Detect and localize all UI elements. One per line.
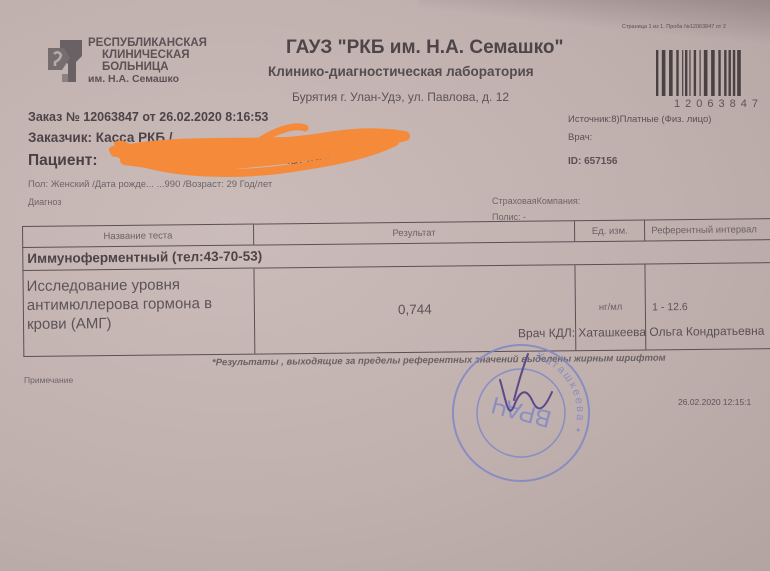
logo-line: БОЛЬНИЦА — [88, 61, 207, 73]
barcode-number: 12063847 — [674, 98, 763, 110]
hospital-logo-icon — [46, 36, 88, 86]
column-header-result: Результат — [254, 221, 576, 244]
address: Бурятия г. Улан-Удэ, ул. Павлова, д. 12 — [292, 90, 509, 104]
print-timestamp: 26.02.2020 12:15:1 — [678, 397, 751, 407]
column-header-reference: Референтный интервал — [645, 219, 770, 240]
diagnosis-label: Диагноз — [28, 197, 61, 207]
test-group-title: Иммуноферментный (тел:43-70-53) — [23, 245, 262, 269]
table-row: Исследование уровня антимюллерова гормон… — [22, 263, 770, 357]
logo-line: РЕСПУБЛИКАНСКАЯ — [88, 37, 207, 49]
hospital-logo-text: РЕСПУБЛИКАНСКАЯ КЛИНИЧЕСКАЯ БОЛЬНИЦА им.… — [88, 37, 207, 85]
barcode — [654, 50, 770, 96]
logo-line: им. Н.А. Семашко — [88, 73, 207, 85]
lab-doctor: Врач КДЛ: Хаташкеева Ольга Кондратьевна — [518, 324, 765, 341]
redaction-scribble — [105, 122, 415, 184]
payment-source: Источник:8)Платные (Физ. лицо) — [568, 114, 711, 125]
logo-line: КЛИНИЧЕСКАЯ — [88, 49, 207, 61]
laboratory-title: Клинико-диагностическая лаборатория — [268, 64, 534, 79]
doctor-label: Врач: — [568, 132, 592, 143]
page-info: Страница 1 из 1. Проба №12063847 от 2 — [622, 24, 726, 30]
column-header-test-name: Название теста — [23, 225, 254, 247]
doctor-stamp-icon: ВРАЧ Хаташкеева • — [448, 340, 594, 486]
svg-text:ВРАЧ: ВРАЧ — [489, 391, 554, 433]
organization-title: ГАУЗ "РКБ им. Н.А. Семашко" — [286, 37, 563, 59]
test-name: Исследование уровня антимюллерова гормон… — [23, 269, 255, 356]
patient-id: ID: 657156 — [568, 156, 617, 167]
insurance-company-label: СтраховаяКомпания: — [492, 196, 580, 206]
note-label: Примечание — [24, 375, 73, 385]
patient-label: Пациент: — [28, 152, 98, 170]
column-header-unit: Ед. изм. — [575, 220, 645, 241]
